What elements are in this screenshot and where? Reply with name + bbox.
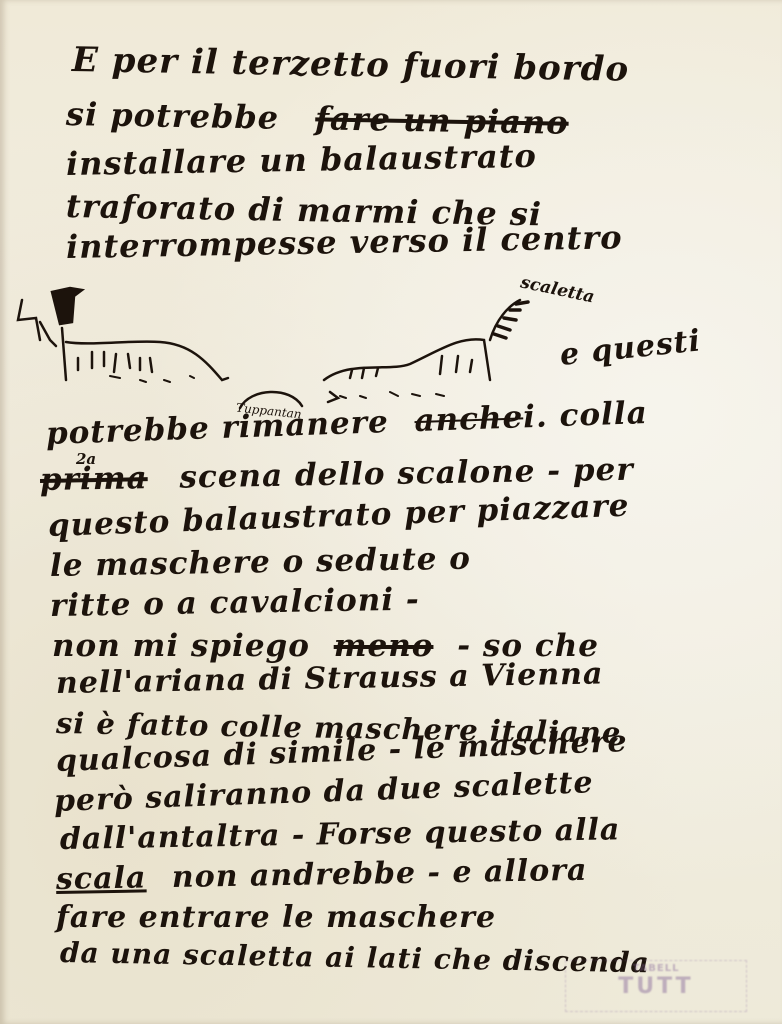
line-6-tail: i. colla bbox=[523, 395, 649, 435]
stamp-line-1: TABELL bbox=[566, 963, 746, 974]
line-1: E per il terzetto fuori bordo bbox=[72, 40, 630, 90]
struck-text: meno bbox=[334, 628, 434, 664]
manuscript-page: E per il terzetto fuori bordo si potrebb… bbox=[0, 0, 782, 1024]
line-18: fare entrare le maschere bbox=[56, 900, 496, 935]
struck-text: fare un piano bbox=[315, 99, 569, 141]
line-10: ritte o a cavalcioni - bbox=[50, 582, 420, 624]
underlined-word: scala bbox=[56, 860, 147, 897]
line-16: dall'antaltra - Forse questo alla bbox=[60, 812, 621, 857]
line-17-text: non andrebbe - e allora bbox=[172, 853, 588, 895]
archive-stamp: TABELL TUTT bbox=[565, 960, 747, 1012]
line-2-text: si potrebbe bbox=[66, 95, 280, 137]
line-11-text: non mi spiego bbox=[52, 628, 310, 664]
struck-text: anche bbox=[414, 399, 524, 439]
line-17: scala non andrebbe - e allora bbox=[56, 853, 588, 897]
line-3: installare un balaustrato bbox=[66, 137, 537, 183]
line-2: si potrebbe fare un piano bbox=[66, 95, 569, 142]
stamp-line-2: TUTT bbox=[566, 974, 746, 999]
line-19: da una scaletta ai lati che discenda bbox=[60, 936, 650, 979]
line-9: le maschere o sedute o bbox=[50, 541, 472, 584]
struck-text: prima bbox=[40, 460, 148, 498]
